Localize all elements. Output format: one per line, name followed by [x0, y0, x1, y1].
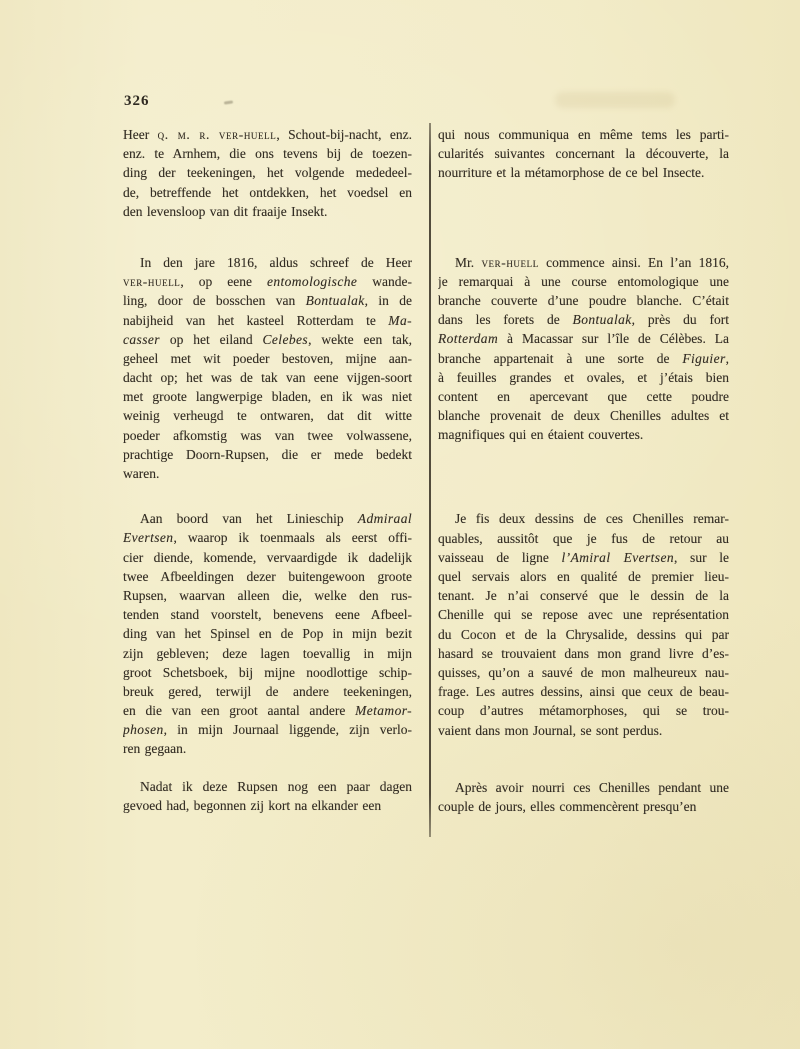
text-line: Rupsen, waarvan alleen die, welke den ru…: [123, 586, 412, 605]
text-line: den levensloop van dit fraaije Insekt.: [123, 202, 412, 221]
text-run: magnifiques qui en étaient couvertes.: [438, 427, 643, 442]
text-line: gevoed had, begonnen zij kort na elkande…: [123, 796, 412, 815]
text-line: weinig verheugd te ontwaren, dat dit wit…: [123, 406, 412, 425]
text-run: twee Afbeeldingen dezer buitengewoon gro…: [123, 569, 412, 584]
small-caps-name: ver-huell: [123, 274, 180, 289]
text-line: vaient dans mon Journal, se sont perdus.: [438, 721, 729, 740]
text-line: branche appartenait à une sorte de Figui…: [438, 349, 729, 368]
text-line: coup d’autres métamorphoses, qui se trou…: [438, 701, 729, 720]
text-run: , wekte een tak,: [308, 332, 412, 347]
text-run: poeder afkomstig was van twee volwassene…: [123, 428, 412, 443]
text-line: cularités suivantes concernant la découv…: [438, 144, 729, 163]
text-line: couple de jours, elles commencèrent pres…: [438, 797, 729, 816]
text-line: branche couverte d’une poudre blanche. C…: [438, 291, 729, 310]
text-line: twee Afbeeldingen dezer buitengewoon gro…: [123, 567, 412, 586]
text-run: ,: [726, 351, 729, 366]
text-line: met groote langwerpige bladen, en ik was…: [123, 387, 412, 406]
text-run: met groote langwerpige bladen, en ik was…: [123, 389, 412, 404]
text-run: , sur le: [674, 550, 729, 565]
text-line: breuk gered, terwijl de andere teekening…: [123, 682, 412, 701]
italic-text: Figuier: [682, 351, 725, 366]
text-run: cularités suivantes concernant la découv…: [438, 146, 729, 161]
text-run: ding van het Spinsel en de Pop in mijn b…: [123, 626, 412, 641]
text-run: dans les forets de: [438, 312, 573, 327]
text-run: den levensloop van dit fraaije Insekt.: [123, 204, 327, 219]
text-run: op het eiland: [160, 332, 263, 347]
text-line: Chenille qui se repose avec une représen…: [438, 605, 729, 624]
text-line: ren gegaan.: [123, 739, 412, 758]
text-run: , op eene: [180, 274, 267, 289]
text-line: Je fis deux dessins de ces Chenilles rem…: [438, 509, 729, 528]
text-line: ling, door de bosschen van Bontualak, in…: [123, 291, 412, 310]
text-line: blanche provenait de deux Chenilles adul…: [438, 406, 729, 425]
text-run: Mr.: [455, 255, 481, 270]
paragraph: Après avoir nourri ces Chenilles pendant…: [438, 778, 729, 816]
text-line: nabijheid van het kasteel Rotterdam te M…: [123, 311, 412, 330]
text-run: quel servais alors en qualité de premier…: [438, 569, 729, 584]
text-line: qui nous communiqua en même tems les par…: [438, 125, 729, 144]
text-run: nabijheid van het kasteel Rotterdam te: [123, 313, 388, 328]
text-line: ding van het Spinsel en de Pop in mijn b…: [123, 624, 412, 643]
book-page-scan: 326 Heer q. m. r. ver-huell, Schout-bij-…: [0, 0, 800, 1049]
text-line: tenden stand voorstelt, benevens eene Af…: [123, 605, 412, 624]
paragraph: qui nous communiqua en même tems les par…: [438, 125, 729, 183]
text-run: branche couverte d’une poudre blanche. C…: [438, 293, 729, 308]
small-caps-name: q. m. r. ver-huell: [158, 127, 277, 142]
text-run: prachtige Doorn-Rupsen, die er mede bede…: [123, 447, 412, 462]
italic-text: Metamor-: [355, 703, 412, 718]
text-run: en die van een groot aantal andere: [123, 703, 355, 718]
small-caps-name: ver-huell: [481, 255, 538, 270]
text-run: gevoed had, begonnen zij kort na elkande…: [123, 798, 381, 813]
italic-text: Admiraal: [358, 511, 412, 526]
text-run: Aan boord van het Linieschip: [140, 511, 358, 526]
text-line: quel servais alors en qualité de premier…: [438, 567, 729, 586]
text-run: wande-: [357, 274, 412, 289]
text-line: In den jare 1816, aldus schreef de Heer: [123, 253, 412, 272]
paragraph: Heer q. m. r. ver-huell, Schout-bij-nach…: [123, 125, 412, 221]
text-line: waren.: [123, 464, 412, 483]
text-run: cier diende, komende, vervaardigde ik da…: [123, 550, 412, 565]
text-run: , in mijn Journaal liggende, zijn verlo-: [164, 722, 412, 737]
text-run: , in de: [365, 293, 412, 308]
text-line: Mr. ver-huell commence ainsi. En l’an 18…: [438, 253, 729, 272]
text-run: à feuilles grandes et ovales, et j’étais…: [438, 370, 729, 385]
paragraph: In den jare 1816, aldus schreef de Heerv…: [123, 253, 412, 483]
text-run: weinig verheugd te ontwaren, dat dit wit…: [123, 408, 412, 423]
text-run: je remarquai à une course entomologique …: [438, 274, 729, 289]
text-line: geheel met wit poeder bestoven, mijne aa…: [123, 349, 412, 368]
text-run: ling, door de bosschen van: [123, 293, 306, 308]
text-line: quables, aussitôt que je fus de retour a…: [438, 529, 729, 548]
text-line: quisses, qu’on a sauvé de mon malheureux…: [438, 663, 729, 682]
text-line: hasard se trouvaient dans mon grand livr…: [438, 644, 729, 663]
text-line: dacht op; het was de tak van eene vijgen…: [123, 368, 412, 387]
italic-text: Bontualak: [306, 293, 365, 308]
text-line: content en apercevant que cette poudre: [438, 387, 729, 406]
italic-text: Evertsen: [123, 530, 173, 545]
text-line: phosen, in mijn Journaal liggende, zijn …: [123, 720, 412, 739]
italic-text: phosen: [123, 722, 164, 737]
italic-text: Bontualak: [573, 312, 632, 327]
italic-text: l’Amiral Evertsen: [562, 550, 674, 565]
text-line: nourriture et la métamorphose de ce bel …: [438, 163, 729, 182]
paragraph: Aan boord van het Linieschip AdmiraalEve…: [123, 509, 412, 758]
text-run: Heer: [123, 127, 158, 142]
text-run: dacht op; het was de tak van eene vijgen…: [123, 370, 412, 385]
text-line: du Cocon et de la Chrysalide, dessins qu…: [438, 625, 729, 644]
text-run: , Schout-bij-nacht, enz.: [276, 127, 412, 142]
text-line: Heer q. m. r. ver-huell, Schout-bij-nach…: [123, 125, 412, 144]
text-line: à feuilles grandes et ovales, et j’étais…: [438, 368, 729, 387]
text-line: je remarquai à une course entomologique …: [438, 272, 729, 291]
text-run: nourriture et la métamorphose de ce bel …: [438, 165, 704, 180]
text-run: frage. Les autres dessins, ainsi que ceu…: [438, 684, 729, 699]
text-run: Je fis deux dessins de ces Chenilles rem…: [455, 511, 729, 526]
text-line: dans les forets de Bontualak, près du fo…: [438, 310, 729, 329]
text-run: ding der teekeningen, het volgende meded…: [123, 165, 412, 180]
text-run: tenden stand voorstelt, benevens eene Af…: [123, 607, 412, 622]
text-run: Rupsen, waarvan alleen die, welke den ru…: [123, 588, 412, 603]
text-run: quables, aussitôt que je fus de retour a…: [438, 531, 729, 546]
text-run: vaisseau de ligne: [438, 550, 562, 565]
text-line: magnifiques qui en étaient couvertes.: [438, 425, 729, 444]
text-line: de, betreffende het ontdekken, het voeds…: [123, 183, 412, 202]
text-line: Evertsen, waarop ik toenmaals als eerst …: [123, 528, 412, 547]
text-run: enz. te Arnhem, die ons tevens bij de to…: [123, 146, 412, 161]
column-divider-rule: [429, 123, 431, 837]
italic-text: entomologische: [267, 274, 357, 289]
text-run: de, betreffende het ontdekken, het voeds…: [123, 185, 412, 200]
paragraph: Mr. ver-huell commence ainsi. En l’an 18…: [438, 253, 729, 445]
text-run: ren gegaan.: [123, 741, 186, 756]
text-line: enz. te Arnhem, die ons tevens bij de to…: [123, 144, 412, 163]
text-line: groot Schetsboek, bij mijne noodlottige …: [123, 663, 412, 682]
scan-artifact-mark: [224, 100, 233, 104]
ink-showthrough-smudge: [555, 92, 675, 108]
text-run: geheel met wit poeder bestoven, mijne aa…: [123, 351, 412, 366]
french-text-column: qui nous communiqua en même tems les par…: [438, 125, 729, 816]
text-run: In den jare 1816, aldus schreef de Heer: [140, 255, 412, 270]
text-line: poeder afkomstig was van twee volwassene…: [123, 426, 412, 445]
text-run: hasard se trouvaient dans mon grand livr…: [438, 646, 729, 661]
text-line: vaisseau de ligne l’Amiral Evertsen, sur…: [438, 548, 729, 567]
text-line: tenant. Je n’ai conservé que le dessin d…: [438, 586, 729, 605]
text-line: en die van een groot aantal andere Metam…: [123, 701, 412, 720]
text-run: quisses, qu’on a sauvé de mon malheureux…: [438, 665, 729, 680]
text-run: Nadat ik deze Rupsen nog een paar dagen: [140, 779, 412, 794]
text-run: blanche provenait de deux Chenilles adul…: [438, 408, 729, 423]
text-line: casser op het eiland Celebes, wekte een …: [123, 330, 412, 349]
text-run: Chenille qui se repose avec une représen…: [438, 607, 729, 622]
text-run: qui nous communiqua en même tems les par…: [438, 127, 729, 142]
dutch-text-column: Heer q. m. r. ver-huell, Schout-bij-nach…: [123, 125, 412, 815]
text-line: zijn gebleven; deze lagen toevallig in m…: [123, 644, 412, 663]
text-run: à Macassar sur l’île de Célèbes. La: [498, 331, 729, 346]
text-line: Nadat ik deze Rupsen nog een paar dagen: [123, 777, 412, 796]
italic-text: Rotterdam: [438, 331, 498, 346]
text-line: Après avoir nourri ces Chenilles pendant…: [438, 778, 729, 797]
paragraph: Je fis deux dessins de ces Chenilles rem…: [438, 509, 729, 739]
text-run: vaient dans mon Journal, se sont perdus.: [438, 723, 662, 738]
text-run: content en apercevant que cette poudre: [438, 389, 729, 404]
page-number: 326: [124, 93, 150, 110]
text-run: waren.: [123, 466, 159, 481]
text-line: ver-huell, op eene entomologische wande-: [123, 272, 412, 291]
text-run: couple de jours, elles commencèrent pres…: [438, 799, 696, 814]
text-run: coup d’autres métamorphoses, qui se trou…: [438, 703, 729, 718]
text-line: frage. Les autres dessins, ainsi que ceu…: [438, 682, 729, 701]
text-run: breuk gered, terwijl de andere teekening…: [123, 684, 412, 699]
text-run: zijn gebleven; deze lagen toevallig in m…: [123, 646, 412, 661]
text-run: groot Schetsboek, bij mijne noodlottige …: [123, 665, 412, 680]
paragraph: Nadat ik deze Rupsen nog een paar dageng…: [123, 777, 412, 815]
text-line: cier diende, komende, vervaardigde ik da…: [123, 548, 412, 567]
text-run: Après avoir nourri ces Chenilles pendant…: [455, 780, 729, 795]
text-run: branche appartenait à une sorte de: [438, 351, 682, 366]
italic-text: Ma-: [388, 313, 412, 328]
text-line: prachtige Doorn-Rupsen, die er mede bede…: [123, 445, 412, 464]
text-run: commence ainsi. En l’an 1816,: [539, 255, 729, 270]
text-run: du Cocon et de la Chrysalide, dessins qu…: [438, 627, 729, 642]
italic-text: Celebes: [263, 332, 309, 347]
text-run: tenant. Je n’ai conservé que le dessin d…: [438, 588, 729, 603]
text-run: , waarop ik toenmaals als eerst offi-: [173, 530, 412, 545]
text-line: ding der teekeningen, het volgende meded…: [123, 163, 412, 182]
text-line: Rotterdam à Macassar sur l’île de Célèbe…: [438, 329, 729, 348]
italic-text: casser: [123, 332, 160, 347]
text-run: , près du fort: [632, 312, 729, 327]
text-line: Aan boord van het Linieschip Admiraal: [123, 509, 412, 528]
